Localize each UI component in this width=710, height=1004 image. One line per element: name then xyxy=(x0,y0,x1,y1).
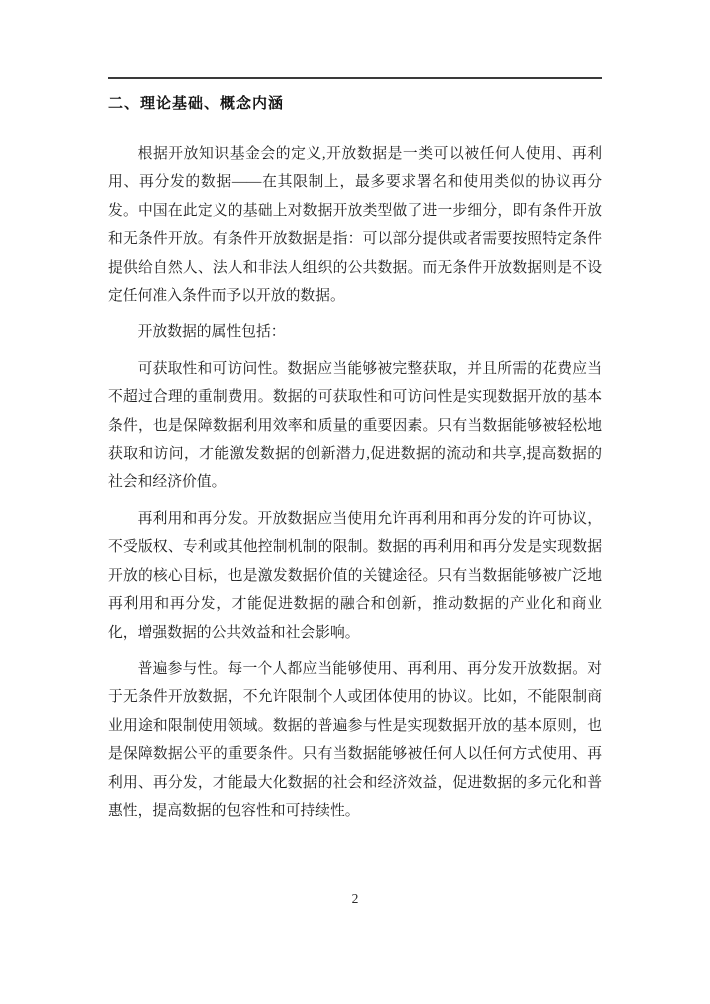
paragraph-accessibility: 可获取性和可访问性。数据应当能够被完整获取，并且所需的花费应当不超过合理的重制费… xyxy=(108,355,602,497)
body-text: 根据开放知识基金会的定义,开放数据是一类可以被任何人使用、再利用、再分发的数据—… xyxy=(108,140,602,825)
document-page: 二、理论基础、概念内涵 根据开放知识基金会的定义,开放数据是一类可以被任何人使用… xyxy=(0,0,710,1004)
paragraph-universal-participation: 普遍参与性。每一个人都应当能够使用、再利用、再分发开放数据。对于无条件开放数据，… xyxy=(108,655,602,825)
paragraph-definition: 根据开放知识基金会的定义,开放数据是一类可以被任何人使用、再利用、再分发的数据—… xyxy=(108,140,602,310)
paragraph-attributes-intro: 开放数据的属性包括： xyxy=(108,318,602,346)
paragraph-reuse-redistribution: 再利用和再分发。开放数据应当使用允许再利用和再分发的许可协议，不受版权、专利或其… xyxy=(108,505,602,647)
page-number: 2 xyxy=(0,891,710,907)
page-content: 二、理论基础、概念内涵 根据开放知识基金会的定义,开放数据是一类可以被任何人使用… xyxy=(108,0,602,833)
header-rule xyxy=(108,77,602,79)
section-heading: 二、理论基础、概念内涵 xyxy=(108,96,602,111)
